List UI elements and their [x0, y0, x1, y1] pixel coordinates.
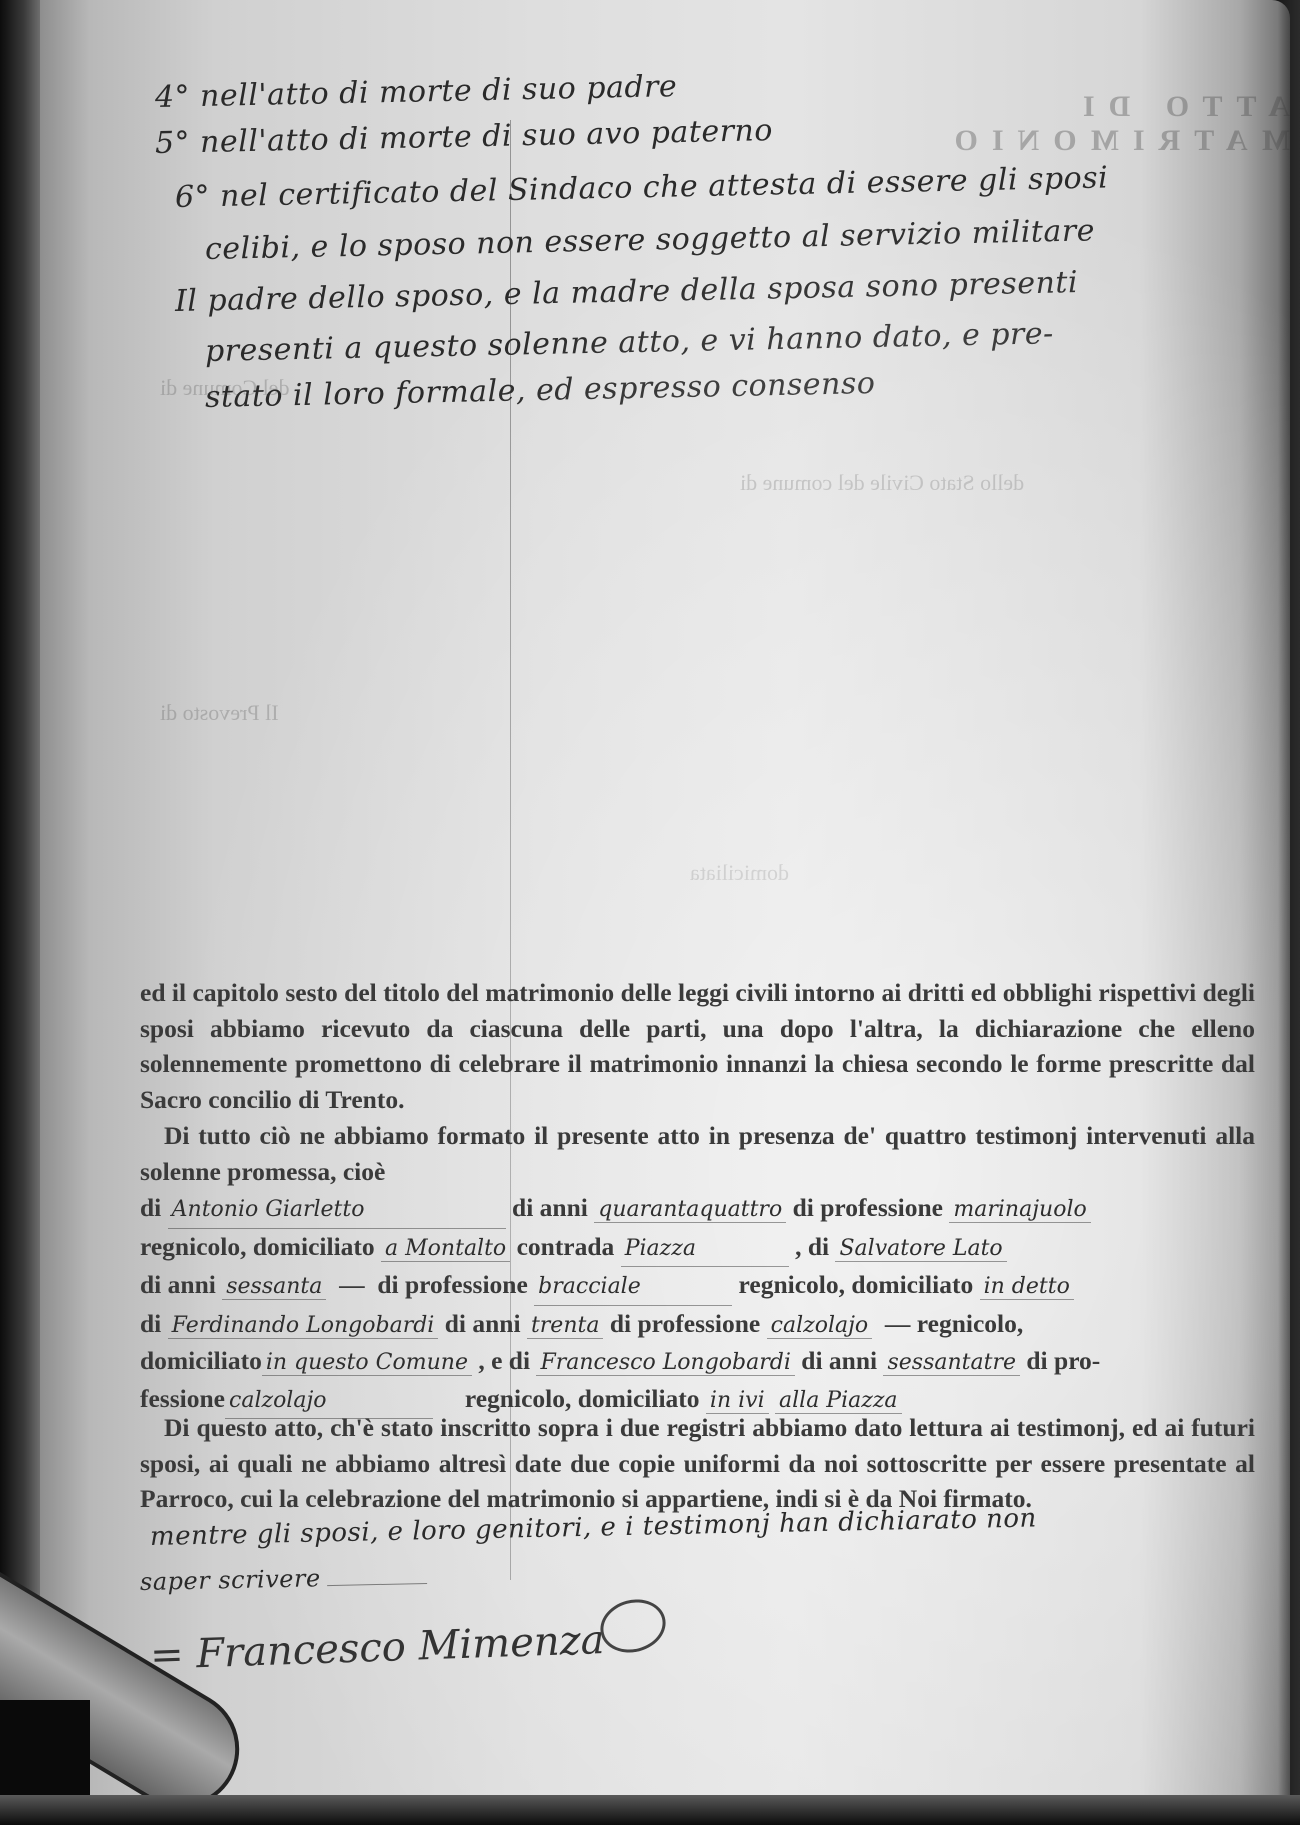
witness-1-domicile: a Montalto	[381, 1236, 510, 1262]
witness-2-age: sessanta	[222, 1274, 326, 1300]
witness-line-1: di Antonio Giarletto di anni quarantaqua…	[140, 1190, 1255, 1229]
page-edge-shadow	[1278, 0, 1300, 1825]
bleed-through-text: Il Prevosto di	[160, 700, 279, 726]
dark-corner	[0, 1700, 90, 1810]
handwritten-note-5: Il padre dello sposo, e la madre della s…	[175, 265, 1079, 319]
witness-1-age: quarantaquattro	[594, 1197, 786, 1223]
printed-paragraph-witnesses-intro: Di tutto ciò ne abbiamo formato il prese…	[140, 1118, 1255, 1189]
witness-3-profession: calzolajo	[767, 1313, 873, 1339]
witness-3-name: Ferdinando Longobardi	[168, 1313, 439, 1339]
handwritten-note-4: celibi, e lo sposo non essere soggetto a…	[205, 213, 1096, 267]
witness-1-street: Piazza	[621, 1231, 789, 1268]
bleed-through-text: domiciliata	[690, 860, 789, 886]
printed-paragraph-declaration: ed il capitolo sesto del titolo del matr…	[140, 975, 1255, 1117]
witness-line-5: domiciliatoin questo Comune , e di Franc…	[140, 1343, 1255, 1381]
witness-1-name: Antonio Giarletto	[168, 1192, 506, 1229]
witness-2-domicile: in detto	[980, 1274, 1074, 1300]
bleed-through-text: dello Stato Civile del comune di	[740, 470, 1024, 496]
book-binding-edge	[0, 0, 40, 1825]
witness-line-3: di anni sessanta — di professione bracci…	[140, 1267, 1255, 1306]
witness-1-profession: marinajuolo	[949, 1197, 1090, 1223]
handwritten-note-1: 4° nell'atto di morte di suo padre	[155, 69, 678, 115]
witness-4-name: Francesco Longobardi	[536, 1350, 794, 1376]
witness-3-age: trenta	[527, 1313, 604, 1339]
witness-4-age: sessantatre	[883, 1350, 1020, 1376]
witness-2-profession: bracciale	[534, 1269, 732, 1306]
witnesses-block: di Antonio Giarletto di anni quarantaqua…	[140, 1190, 1255, 1419]
printed-paragraph-closing: Di questo atto, ch'è stato inscritto sop…	[140, 1410, 1255, 1517]
handwritten-note-6: presenti a questo solenne atto, e vi han…	[205, 316, 1054, 369]
closing-text: Di questo atto, ch'è stato inscritto sop…	[140, 1413, 1255, 1513]
book-bottom-edge	[0, 1795, 1300, 1825]
witness-line-4: di Ferdinando Longobardi di anni trenta …	[140, 1306, 1255, 1344]
bleed-through-header: ATTO DI MATRIMONIO	[820, 90, 1290, 158]
handwritten-note-3: 6° nel certificato del Sindaco che attes…	[175, 160, 1109, 215]
witnesses-intro-text: Di tutto ciò ne abbiamo formato il prese…	[140, 1121, 1255, 1186]
witness-3-domicile: in questo Comune	[262, 1350, 472, 1376]
witness-2-name: Salvatore Lato	[835, 1236, 1006, 1262]
handwritten-note-7: stato il loro formale, ed espresso conse…	[205, 366, 876, 415]
handwritten-closing-2: saper scrivere	[140, 1562, 427, 1596]
handwritten-note-2: 5° nell'atto di morte di suo avo paterno	[155, 113, 774, 161]
witness-line-2: regnicolo, domiciliato a Montalto contra…	[140, 1229, 1255, 1268]
